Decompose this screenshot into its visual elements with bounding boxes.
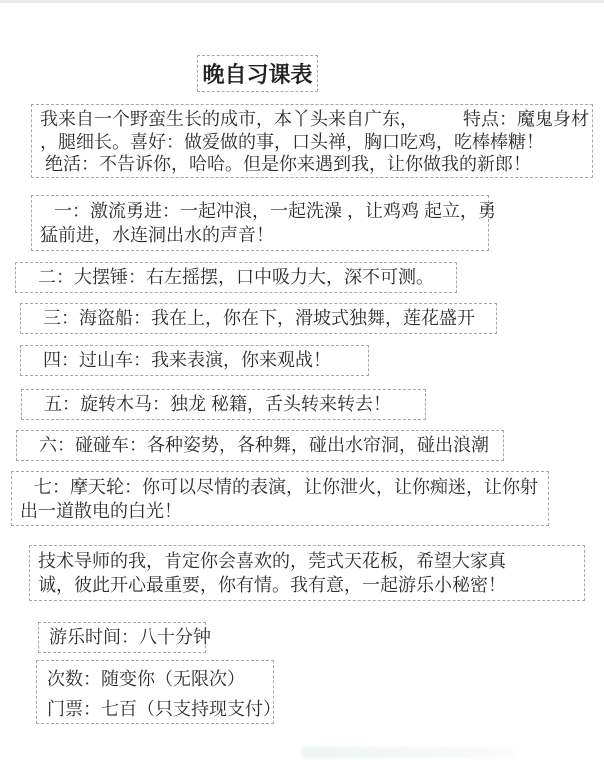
intro-line-3: 绝活：不告诉你，哈哈。但是你来遇到我，让你做我的新郎！ [40,153,584,176]
ride-7-line-1: 七：摩天轮：你可以尽情的表演，让你泄火，让你痴迷，让你射 [20,475,540,499]
ride-item-6: 六：碰碰车：各种姿势，各种舞，碰出水帘洞，碰出浪潮 [16,430,504,461]
top-divider-bar [0,0,604,3]
play-duration-box: 游乐时间：八十分钟 [38,622,206,653]
ticket-info-box: 次数：随变你（无限次） 门票：七百（只支持现支付） [36,660,274,724]
page-title: 晚自习课表 [197,55,318,92]
ride-7-line-2: 出一道散电的白光！ [20,499,540,523]
ride-item-1: 一：激流勇进：一起冲浪，一起洗澡 ，让鸡鸡 起立，勇 猛前进，水连洞出水的声音！ [31,195,489,251]
play-duration-text: 游乐时间：八十分钟 [49,626,195,649]
ride-3-line-1: 三：海盗船：我在上，你在下，滑坡式独舞，莲花盛开 [29,307,488,330]
outro-line-2: 诚，彼此开心最重要，你有情。我有意，一起游乐小秘密！ [38,573,576,597]
ride-2-line-1: 二：大摆锤：右左摇摆，口中吸力大，深不可测。 [24,266,448,289]
ride-item-2: 二：大摆锤：右左摇摆，口中吸力大，深不可测。 [15,262,457,293]
intro-line-1: 我来自一个野蛮生长的成市，本丫头来自广东， 特点：魔鬼身材 [40,108,584,131]
ride-item-3: 三：海盗船：我在上，你在下，滑坡式独舞，莲花盛开 [20,303,497,334]
ride-item-5: 五：旋转木马：独龙 秘籍，舌头转来转去！ [21,389,426,420]
schedule-document: 晚自习课表 我来自一个野蛮生长的成市，本丫头来自广东， 特点：魔鬼身材 ，腿细长… [0,0,604,760]
ride-1-line-1: 一：激流勇进：一起冲浪，一起洗澡 ，让鸡鸡 起立，勇 [40,199,480,223]
outro-paragraph: 技术导师的我，肯定你会喜欢的，莞式天花板，希望大家真 诚，彼此开心最重要，你有情… [29,545,585,601]
intro-paragraph: 我来自一个野蛮生长的成市，本丫头来自广东， 特点：魔鬼身材 ，腿细长。喜好：做爱… [31,104,593,178]
intro-line-2: ，腿细长。喜好：做爱做的事，口头禅，胸口吃鸡，吃棒棒糖！ [40,131,584,154]
ride-item-7: 七：摩天轮：你可以尽情的表演，让你泄火，让你痴迷，让你射 出一道散电的白光！ [11,471,549,526]
ticket-price-text: 门票：七百（只支持现支付） [47,694,263,724]
times-text: 次数：随变你（无限次） [47,664,263,694]
outro-line-1: 技术导师的我，肯定你会喜欢的，莞式天花板，希望大家真 [38,549,576,573]
ride-6-line-1: 六：碰碰车：各种姿势，各种舞，碰出水帘洞，碰出浪潮 [25,434,495,457]
ride-4-line-1: 四：过山车：我来表演，你来观战！ [29,349,360,372]
watermark-smudge [302,747,515,758]
ride-1-line-2: 猛前进，水连洞出水的声音！ [40,223,480,247]
ride-item-4: 四：过山车：我来表演，你来观战！ [20,345,369,376]
ride-5-line-1: 五：旋转木马：独龙 秘籍，舌头转来转去！ [30,393,417,416]
page-title-text: 晚自习课表 [202,58,312,89]
